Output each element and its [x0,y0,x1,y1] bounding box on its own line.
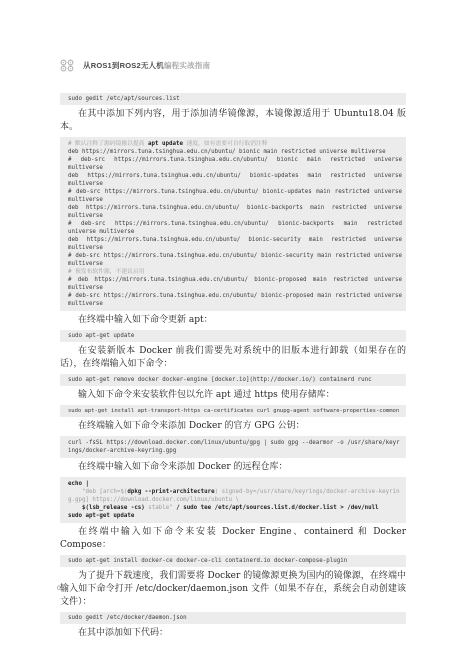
code-string: "deb [arch=$( [82,489,127,495]
code-comment: # 默认注释了源码镜像以提高 [68,141,148,147]
code-block-open-daemon-json: sudo gedit /etc/docker/daemon.json [60,612,406,624]
paragraph-install-https-packages: 输入如下命令来安装软件包以允许 apt 通过 https 使用存储库： [60,389,406,402]
page-number: 052 [57,585,69,592]
paragraph-add-remote-repo: 在终端中输入如下命令来添加 Docker 的远程仓库： [60,461,406,474]
book-page: 从ROS1到ROS2无人机编程实战指南 sudo gedit /etc/apt/… [0,0,463,655]
book-title-main: 从ROS1到ROS2无人机 [83,61,164,70]
paragraph-install-docker-engine: 在终端中输入如下命令来安装 Docker Engine、containerd 和… [60,526,406,552]
book-title-sub: 编程实战指南 [164,61,210,70]
code-block-sources-list: # 默认注释了源码镜像以提高 apt update 速度，如有需要可自行取消注释… [60,137,406,311]
code-string: stable" [145,505,176,511]
code-block-remove-docker: sudo apt-get remove docker docker-engine… [60,374,406,386]
paragraph-add-tsinghua-mirror: 在其中添加下列内容，用于添加清华镜像源，本镜像源适用于 Ubuntu18.04 … [60,108,406,134]
code-block-apt-update: sudo apt-get update [60,330,406,342]
drone-logo-icon [60,59,74,72]
running-header: 从ROS1到ROS2无人机编程实战指南 [60,58,406,72]
paragraph-change-registry-mirror: 为了提升下载速度，我们需要将 Docker 的镜像源更换为国内的镜像源，在终端中… [60,570,406,609]
code-bold-dpkg: dpkg --print-architecture [127,489,214,495]
paragraph-add-following-code: 在其中添加如下代码： [60,627,406,640]
code-comment: 速度，如有需要可自行取消注释 [183,141,268,147]
code-block-open-sources-list: sudo gedit /etc/apt/sources.list [60,93,406,105]
book-title: 从ROS1到ROS2无人机编程实战指南 [83,60,210,71]
code-bold-lsb-release: $(lsb_release -cs) [82,505,145,511]
code-block-echo-repo: echo | "deb [arch=$(dpkg --print-archite… [60,477,406,523]
code-deb-lines: deb https://mirrors.tuna.tsinghua.edu.cn… [68,149,406,267]
paragraph-update-apt: 在终端中输入如下命令更新 apt： [60,314,406,327]
code-bold-apt-update: apt update [148,141,183,147]
code-block-install-docker: sudo apt-get install docker-ce docker-ce… [60,555,406,567]
code-comment: # 预发布软件源，不建议启用 [68,269,145,275]
paragraph-add-gpg-key: 在终端输入如下命令来添加 Docker 的官方 GPG 公钥： [60,420,406,433]
code-block-curl-gpg: curl -fsSL https://download.docker.com/l… [60,436,406,458]
code-block-install-transport: sudo apt-get install apt-transport-https… [60,405,406,417]
paragraph-remove-old-docker: 在安装新版本 Docker 前我们需要先对系统中的旧版本进行卸载（如果存在的话）… [60,345,406,371]
code-deb-lines: # deb https://mirrors.tuna.tsinghua.edu.… [68,277,406,307]
page-content: 从ROS1到ROS2无人机编程实战指南 sudo gedit /etc/apt/… [60,58,406,643]
